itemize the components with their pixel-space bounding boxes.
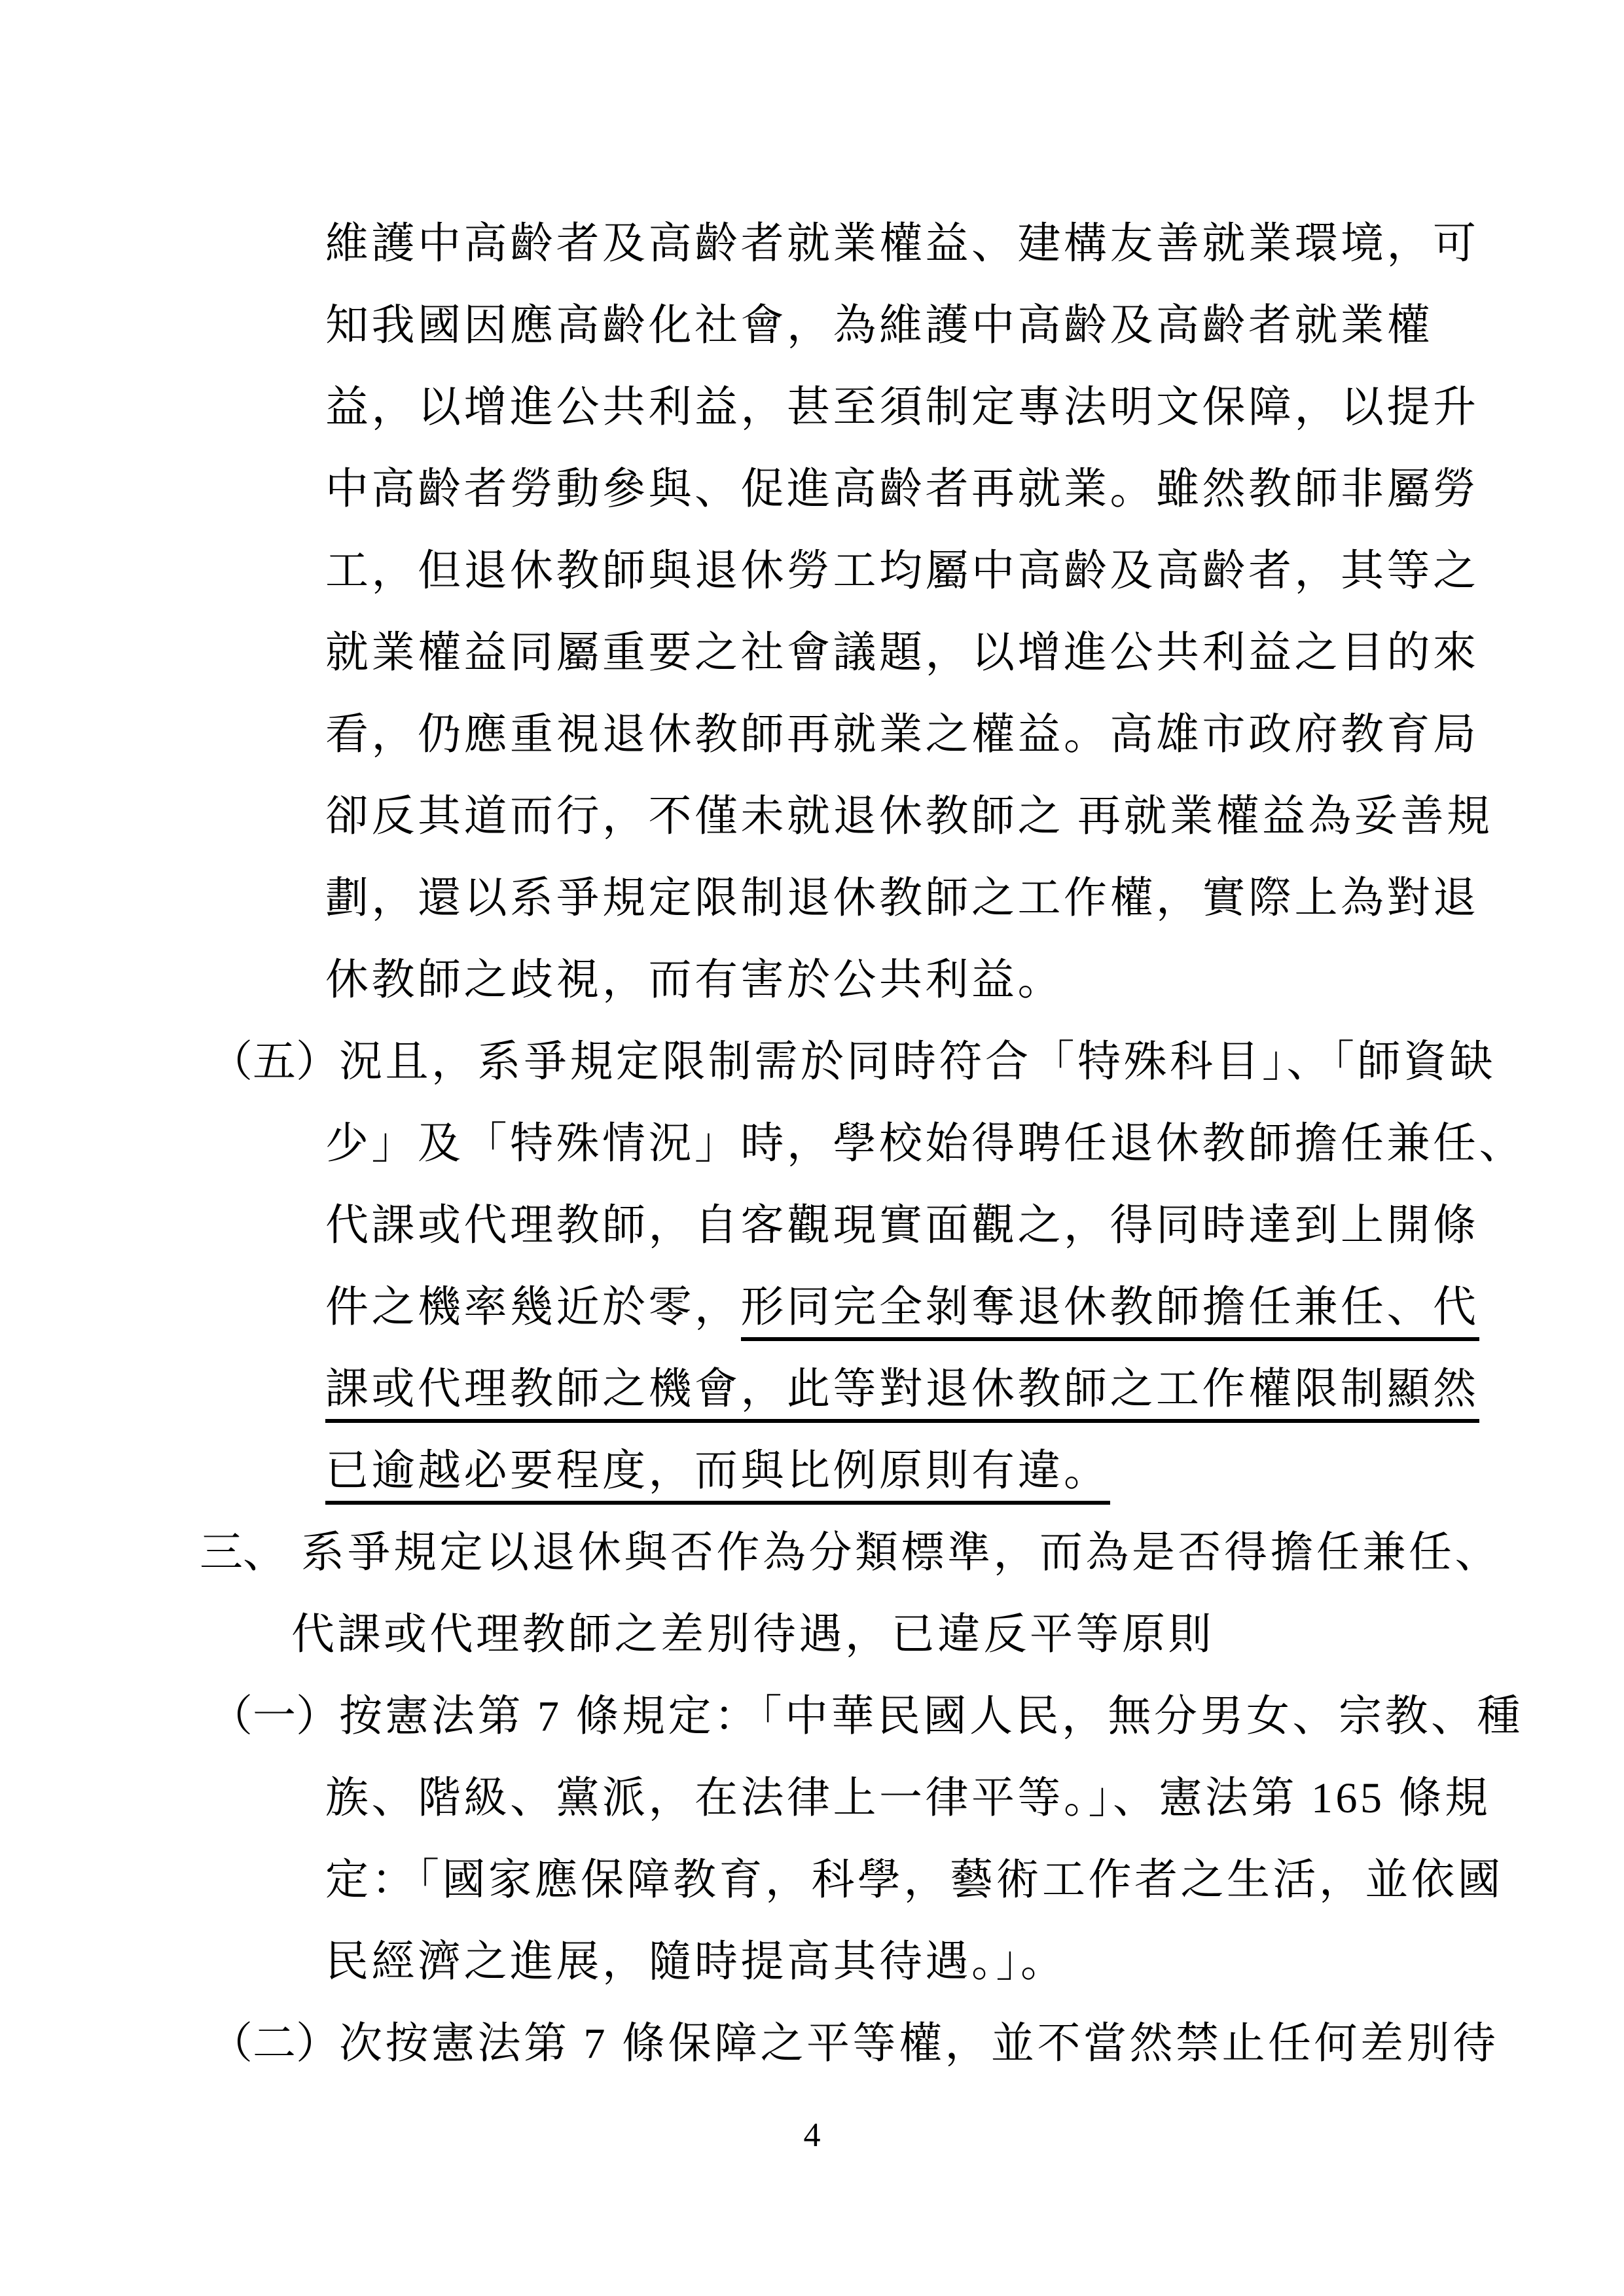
- line-text: 看，仍應重視退休教師再就業之權益。高雄市政府教育局: [325, 711, 1479, 759]
- text-line-4: 中高齡者勞動參與、促進高齡者再就業。雖然教師非屬勞: [0, 448, 1624, 530]
- list-marker-2: （二）: [209, 2003, 339, 2085]
- line-text: 劃，還以系爭規定限制退休教師之工作權，實際上為對退: [325, 874, 1479, 922]
- line-text: 系爭規定以退休與否作為分類標準，而為是否得擔任兼任、: [301, 1529, 1501, 1577]
- underlined-text: 形同完全剝奪退休教師擔任兼任、代: [741, 1283, 1479, 1341]
- text-line-9: 劃，還以系爭規定限制退休教師之工作權，實際上為對退: [0, 857, 1624, 939]
- line-text: 代課或代理教師，自客觀現實面觀之，得同時達到上開條: [325, 1202, 1479, 1249]
- underlined-text: 已逾越必要程度，而與比例原則有違。: [325, 1447, 1110, 1505]
- text-line-2: 知我國因應高齡化社會，為維護中高齡及高齡者就業權: [0, 285, 1624, 367]
- line-text: 況且，系爭規定限制需於同時符合「特殊科目」、「師資缺: [339, 1038, 1496, 1086]
- text-line-23: （二）次按憲法第 7 條保障之平等權，並不當然禁止任何差別待: [0, 2003, 1624, 2085]
- line-text: 就業權益同屬重要之社會議題，以增進公共利益之目的來: [325, 629, 1479, 677]
- line-text: 件之機率幾近於零，: [325, 1283, 741, 1331]
- line-text: 知我國因應高齡化社會，為維護中高齡及高齡者就業權: [325, 302, 1433, 350]
- line-text: 次按憲法第 7 條保障之平等權，並不當然禁止任何差別待: [339, 2020, 1499, 2068]
- line-text: 少」及「特殊情況」時，學校始得聘任退休教師擔任兼任、: [325, 1120, 1525, 1168]
- line-text: 卻反其道而行，不僅未就退休教師之 再就業權益為妥善規: [325, 793, 1493, 840]
- line-text: 中高齡者勞動參與、促進高齡者再就業。雖然教師非屬勞: [325, 465, 1479, 513]
- line-text: 休教師之歧視，而有害於公共利益。: [325, 956, 1064, 1004]
- text-line-1: 維護中高齡者及高齡者就業權益、建構友善就業環境，可: [0, 203, 1624, 285]
- page-number: 4: [0, 2116, 1624, 2155]
- text-line-17: 三、系爭規定以退休與否作為分類標準，而為是否得擔任兼任、: [0, 1512, 1624, 1594]
- text-line-3: 益，以增進公共利益，甚至須制定專法明文保障，以提升: [0, 367, 1624, 448]
- line-text: 族、階級、黨派，在法律上一律平等。」、憲法第 165 條規: [325, 1774, 1491, 1822]
- text-line-15: 課或代理教師之機會，此等對退休教師之工作權限制顯然: [0, 1348, 1624, 1430]
- list-marker-1: （一）: [209, 1676, 339, 1757]
- text-line-16: 已逾越必要程度，而與比例原則有違。: [0, 1430, 1624, 1512]
- line-text: 工，但退休教師與退休勞工均屬中高齡及高齡者，其等之: [325, 547, 1479, 595]
- text-line-18: 代課或代理教師之差別待遇，已違反平等原則: [0, 1594, 1624, 1676]
- text-line-10: 休教師之歧視，而有害於公共利益。: [0, 939, 1624, 1021]
- text-line-12: 少」及「特殊情況」時，學校始得聘任退休教師擔任兼任、: [0, 1103, 1624, 1185]
- document-body: 維護中高齡者及高齡者就業權益、建構友善就業環境，可 知我國因應高齡化社會，為維護…: [0, 203, 1624, 2085]
- text-line-22: 民經濟之進展，隨時提高其待遇。」。: [0, 1921, 1624, 2003]
- text-line-5: 工，但退休教師與退休勞工均屬中高齡及高齡者，其等之: [0, 530, 1624, 612]
- text-line-19: （一）按憲法第 7 條規定：「中華民國人民，無分男女、宗教、種: [0, 1676, 1624, 1757]
- underlined-text: 課或代理教師之機會，此等對退休教師之工作權限制顯然: [325, 1365, 1479, 1423]
- text-line-7: 看，仍應重視退休教師再就業之權益。高雄市政府教育局: [0, 694, 1624, 776]
- document-page: 維護中高齡者及高齡者就業權益、建構友善就業環境，可 知我國因應高齡化社會，為維護…: [0, 0, 1624, 2296]
- text-line-14: 件之機率幾近於零，形同完全剝奪退休教師擔任兼任、代: [0, 1266, 1624, 1348]
- text-line-13: 代課或代理教師，自客觀現實面觀之，得同時達到上開條: [0, 1185, 1624, 1266]
- text-line-8: 卻反其道而行，不僅未就退休教師之 再就業權益為妥善規: [0, 776, 1624, 857]
- text-line-6: 就業權益同屬重要之社會議題，以增進公共利益之目的來: [0, 612, 1624, 694]
- line-text: 定：「國家應保障教育，科學，藝術工作者之生活，並依國: [325, 1856, 1504, 1904]
- line-text: 民經濟之進展，隨時提高其待遇。」。: [325, 1938, 1067, 1986]
- list-marker-5: （五）: [209, 1021, 339, 1103]
- line-text: 益，以增進公共利益，甚至須制定專法明文保障，以提升: [325, 384, 1479, 431]
- text-line-21: 定：「國家應保障教育，科學，藝術工作者之生活，並依國: [0, 1839, 1624, 1921]
- text-line-11: （五）況且，系爭規定限制需於同時符合「特殊科目」、「師資缺: [0, 1021, 1624, 1103]
- line-text: 按憲法第 7 條規定：「中華民國人民，無分男女、宗教、種: [339, 1693, 1523, 1740]
- line-text: 代課或代理教師之差別待遇，已違反平等原則: [291, 1611, 1214, 1659]
- section-marker-3: 三、: [200, 1512, 301, 1594]
- text-line-20: 族、階級、黨派，在法律上一律平等。」、憲法第 165 條規: [0, 1757, 1624, 1839]
- line-text: 維護中高齡者及高齡者就業權益、建構友善就業環境，可: [325, 220, 1479, 268]
